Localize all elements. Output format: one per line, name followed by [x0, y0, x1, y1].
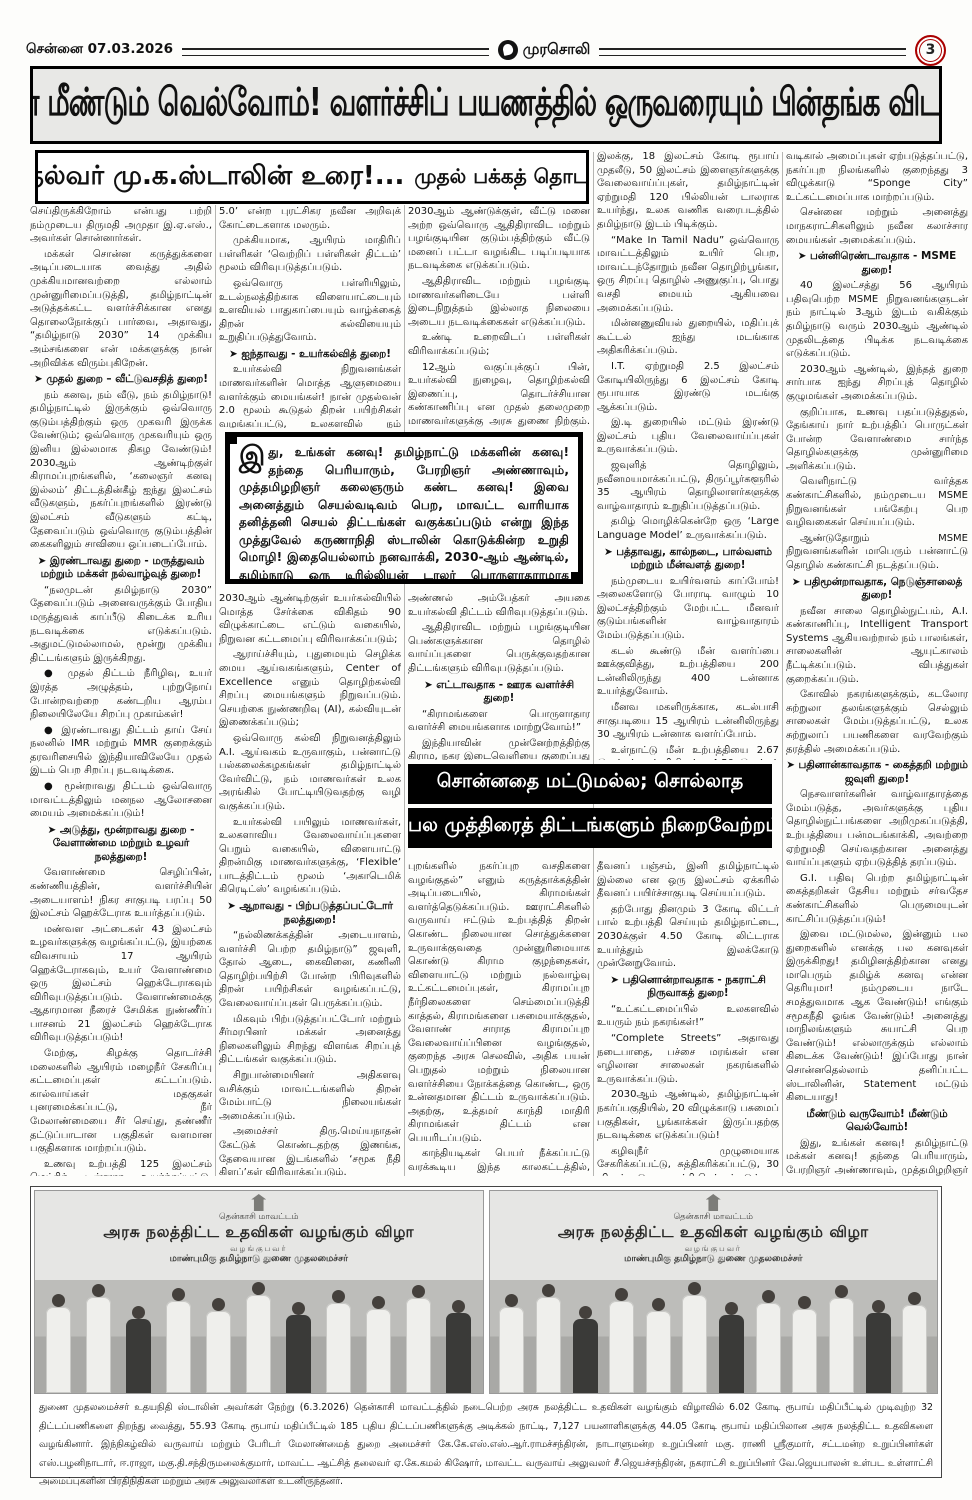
- paragraph: “Complete Streets” அதாவது நடைபாதை, பச்சை…: [597, 1032, 779, 1086]
- person-figure: [166, 1301, 191, 1393]
- person-figure: [536, 1297, 561, 1393]
- person-figure: [719, 1315, 744, 1393]
- paragraph: தீவனப் பஞ்சம், இனி தமிழ்நாட்டில் இல்லை எ…: [597, 860, 779, 901]
- paragraph: செய்திருக்கிறோம் என்பது பற்றி நம்முடைய த…: [30, 205, 212, 246]
- section-heading: மீண்டும் வருவோம்! மீண்டும் வெல்வோம்!: [786, 1108, 968, 1135]
- paragraph: குறிப்பாக, உணவு பதப்படுத்துதல், தேங்காய்…: [786, 406, 968, 474]
- masthead-rule-right: [599, 48, 906, 56]
- paragraph: இது, உங்கள் கனவு! தமிழ்நாட்டு மக்கள் கனவ…: [786, 1137, 968, 1176]
- photo-event-title: அரசு நலத்திட்ட உதவிகள் வழங்கும் விழா: [490, 1223, 938, 1243]
- bullet-paragraph: ● இரண்டாவது திட்டம் தாய் சேய் நலனில் IMR…: [30, 724, 212, 778]
- photo-banner: தென்காசி மாவட்டம் அரசு நலத்திட்ட உதவிகள்…: [490, 1193, 938, 1265]
- photo-district-label: தென்காசி மாவட்டம்: [35, 1212, 483, 1223]
- paragraph: புறங்களில் நகர்ப்புற வசதிகளை வழங்குதல்” …: [408, 860, 590, 1145]
- banner-headline-box: நாங்கள்தான் மீண்டும் வெல்வோம்! வளர்ச்சிப…: [30, 66, 942, 144]
- paragraph: ஆண்டுதோறும் MSME நிறுவனங்களின் மாபெரும் …: [786, 532, 968, 573]
- paragraph: நவீன சாலை தொழில்நுட்பம், A.I. கண்காணிப்ப…: [786, 605, 968, 687]
- edition-city-date: சென்னை 07.03.2026: [26, 41, 173, 59]
- drop-cap: இ: [239, 444, 268, 470]
- black-highlight-box: சொன்னதை மட்டுமல்ல; சொல்லாத பல முத்திரைத்…: [408, 764, 772, 854]
- paragraph: 12ஆம் வகுப்புக்குப் பின், உயர்கல்வி நுழை…: [408, 361, 590, 428]
- paragraph: தமிழ் மொழிக்கென்றே ஒரு ‘Large Language M…: [597, 515, 779, 542]
- paragraph: மண்வள அட்டைகள் 43 இலட்சம் உழவர்களுக்கு வ…: [30, 923, 212, 1045]
- paragraph: முக்கியமாக, ஆயிரம் மாதிரிப் பள்ளிகள் ‘வெ…: [219, 234, 401, 275]
- paragraph: தற்போது தினமும் 3 கோடி லிட்டர் பால் உற்ப…: [597, 903, 779, 971]
- person-figure: [286, 1315, 311, 1393]
- person-figure: [246, 1295, 271, 1393]
- murasoli-logo-icon: [498, 40, 518, 60]
- paragraph: ஆராய்ச்சியும், புதுமையும் செழிக்க மைய ஆய…: [219, 648, 401, 730]
- person-figure: [902, 1305, 927, 1393]
- section-heading: ➤ இரண்டாவது துறை - மருத்துவம் மற்றும் மக…: [30, 555, 212, 582]
- people-row: [490, 1267, 938, 1393]
- paragraph: “கிராமங்களை பொருளாதார வளர்ச்சி மையங்களாக…: [408, 708, 590, 735]
- paragraph: கடல் கூண்டு மீன் வளர்ப்பை ஊக்குவித்து, உ…: [597, 645, 779, 699]
- column-rule: [782, 152, 783, 1176]
- photo-event-title: அரசு நலத்திட்ட உதவிகள் வழங்கும் விழா: [35, 1223, 483, 1243]
- section-heading: ➤ பத்தாவது, கால்நடை, பால்வளம் மற்றும் மீ…: [597, 546, 779, 573]
- paragraph: உயர்கல்வி நிறுவனங்கள் மாணவர்களின் மொத்த …: [219, 363, 401, 428]
- paragraph: 2030ஆம் ஆண்டுக்குள், வீட்டு மனை அற்ற ஒவ்…: [408, 205, 590, 273]
- masthead: சென்னை 07.03.2026 முரசொலி 3: [26, 36, 946, 64]
- section-heading: ➤ எட்டாவதாக - ஊரக வளர்ச்சி துறை!: [408, 679, 590, 706]
- section-heading: ➤ ஆறாவது - பிற்படுத்தப்பட்டோர் நலத்துறை!: [219, 900, 401, 927]
- paragraph: மிகவும் பிற்படுத்தப்பட்டோர் மற்றும் சீர்…: [219, 1013, 401, 1067]
- ceremony-photo-left: தென்காசி மாவட்டம் அரசு நலத்திட்ட உதவிகள்…: [34, 1190, 484, 1394]
- ceremony-photo-right: தென்காசி மாவட்டம் அரசு நலத்திட்ட உதவிகள்…: [489, 1190, 939, 1394]
- paragraph: மின்னணுவியல் துறையில், மதிப்புக் கூட்டல்…: [597, 317, 779, 358]
- section-heading: ➤ முதல் துறை – வீட்டுவசதித் துறை!: [30, 373, 212, 387]
- person-figure: [609, 1301, 634, 1393]
- section-heading: ➤ ஐந்தாவது - உயர்கல்வித் துறை!: [219, 348, 401, 362]
- section-heading: ➤ பன்னிரெண்டாவதாக - MSME துறை!: [786, 250, 968, 277]
- subhead-continuation: முதல் பக்கத் தொடர்ச்சி: [414, 164, 589, 191]
- person-figure: [406, 1298, 431, 1393]
- person-figure: [573, 1319, 598, 1393]
- paragraph: அண்ணல் அம்பேத்கர் அயகை உயர்கல்வி திட்டம்…: [408, 592, 590, 619]
- paragraph: “நல்லிணக்கத்தின் அடையாளம், வளர்ச்சி பெற்…: [219, 929, 401, 1011]
- paragraph: நெசவாளர்களின் வாழ்வாதாரத்தை மேம்படுத்த, …: [786, 788, 968, 870]
- paragraph: உணவு உற்பத்தி 125 இலட்சம் மெட்ரிக் டன்னா…: [30, 1158, 212, 1176]
- paragraph: “Make In Tamil Nadu” ஒவ்வொரு மாவட்டத்தில…: [597, 234, 779, 316]
- paragraph: ஜவுளித் தொழிலும், நவீனமயமாக்கப்பட்டு, தி…: [597, 459, 779, 513]
- photo-presenter: மாண்புமிகு தமிழ்நாடு துணை முதலமைச்சர்: [35, 1254, 483, 1265]
- person-figure: [829, 1298, 854, 1393]
- article-column-3-bottom: புறங்களில் நகர்ப்புற வசதிகளை வழங்குதல்” …: [408, 860, 590, 1176]
- column-rule: [593, 152, 594, 1176]
- person-figure: [866, 1313, 891, 1393]
- paragraph: இந்தியாவின் முன்னேற்றத்திற்கு கிராம, நகர…: [408, 737, 590, 760]
- photo-district-label: தென்காசி மாவட்டம்: [490, 1212, 938, 1223]
- paragraph: நம்முடைய உயிர்வளம் காப்போம்! அலைகளோடு போ…: [597, 575, 779, 643]
- paragraph: 2030ஆம் ஆண்டிற்குள் உயர்கல்வியில் மொத்த …: [219, 592, 401, 646]
- paragraph: உண்டி உறைவிடப் பள்ளிகள் விரிவாக்கப்படும்…: [408, 331, 590, 358]
- article-column-2-top: 5.0’ என்ற புரட்சிகர நவீன அறிவுக் கோட்டைக…: [219, 205, 401, 428]
- black-box-line-2: பல முத்திரைத் திட்டங்களும் நிறைவேற்றம்!: [408, 808, 772, 848]
- photo-row: தென்காசி மாவட்டம் அரசு நலத்திட்ட உதவிகள்…: [34, 1190, 938, 1394]
- article-column-4-bottom: தீவனப் பஞ்சம், இனி தமிழ்நாட்டில் இல்லை எ…: [597, 860, 779, 1176]
- paragraph: சென்னை மற்றும் அனைத்து மாநகராட்சிகளிலும்…: [786, 206, 968, 247]
- masthead-rule-left: [182, 48, 489, 56]
- paragraph: மேற்கு, கிழக்கு தொடர்ச்சி மலைகளில் ஆயிரம…: [30, 1047, 212, 1156]
- pledge-quote-text: து, உங்கள் கனவு! தமிழ்நாட்டு மக்களின் கன…: [239, 445, 569, 584]
- tn-govt-emblem-icon: [706, 1194, 721, 1211]
- bullet-paragraph: ● முதல் திட்டம் நீரிழிவு, உயர் இரத்த அழு…: [30, 667, 212, 721]
- paragraph: உள்நாட்டு மீன் உற்பத்தியை 2.67 இலட்சம் ட…: [597, 744, 779, 760]
- column-rule: [404, 205, 405, 1176]
- article-column-5: வடிகால் அமைப்புகள் ஏற்படுத்தப்பட்டு, நகர…: [786, 150, 968, 1176]
- section-heading: ➤ பதிமூன்றாவதாக, நெடுஞ்சாலைத் துறை!: [786, 576, 968, 603]
- subhead-box: முதல்வர் மு.க.ஸ்டாலின் உரை!... முதல் பக்…: [35, 150, 589, 204]
- paragraph: I.T. ஏற்றுமதி 2.5 இலட்சம் கோடியிலிருந்து…: [597, 360, 779, 414]
- person-figure: [326, 1303, 351, 1393]
- article-column-3-top: 2030ஆம் ஆண்டுக்குள், வீட்டு மனை அற்ற ஒவ்…: [408, 205, 590, 428]
- article-column-2-bottom: 2030ஆம் ஆண்டிற்குள் உயர்கல்வியில் மொத்த …: [219, 592, 401, 1176]
- photo-block: தென்காசி மாவட்டம் அரசு நலத்திட்ட உதவிகள்…: [30, 1186, 942, 1478]
- paragraph: ஒவ்வொரு கல்வி நிறுவனத்திலும் A.I. ஆய்வகம…: [219, 732, 401, 814]
- paragraph: வெளிநாட்டு வர்த்தக கண்காட்சிகளில், நம்மு…: [786, 475, 968, 529]
- tn-govt-emblem-icon: [251, 1194, 266, 1211]
- paragraph: நம் கனவு, நம் வீடு, நம் தமிழ்நாடு! தமிழ்…: [30, 389, 212, 552]
- paragraph: வடிகால் அமைப்புகள் ஏற்படுத்தப்பட்டு, நகர…: [786, 150, 968, 204]
- paragraph: ஆதிதிராவிட மற்றும் பழங்குடியின பெண்களுக்…: [408, 621, 590, 675]
- paper-name: முரசொலி: [523, 40, 591, 60]
- person-figure: [366, 1309, 391, 1393]
- paragraph: காந்தியடிகள் பெயர் நீக்கப்பட்டு வரக்கூடி…: [408, 1147, 590, 1176]
- paragraph: 2030ஆம் ஆண்டில், தமிழ்நாட்டின் நகர்ப்பகு…: [597, 1088, 779, 1142]
- person-figure: [646, 1311, 671, 1393]
- section-heading: ➤ அடுத்து, மூன்றாவது துறை - வேளாண்மை மற்…: [30, 824, 212, 865]
- paragraph: அமைச்சர் திரு.மெய்யநாதன் கேட்டுக் கொண்டத…: [219, 1125, 401, 1176]
- paragraph: இலக்கு, 18 இலட்சம் கோடி ரூபாய் முதலீடு, …: [597, 150, 779, 232]
- paragraph: கழிவுநீர் முழுமையாக சேகரிக்கப்பட்டு, சுத…: [597, 1145, 779, 1176]
- photo-banner: தென்காசி மாவட்டம் அரசு நலத்திட்ட உதவிகள்…: [35, 1193, 483, 1265]
- bullet-paragraph: ● மூன்றாவது திட்டம் ஒவ்வொரு மாவட்டத்திலு…: [30, 780, 212, 821]
- person-figure: [682, 1295, 707, 1393]
- paragraph: கோவில் நகரங்களுக்கும், கடலோர சுற்றுலா தல…: [786, 688, 968, 756]
- paragraph: சிறுபான்மையினர் அதிகளவு வசிக்கும் மாவட்ட…: [219, 1069, 401, 1123]
- paragraph: G.I. பதிவு பெற்ற தமிழ்நாட்டின் கைத்தறிகள…: [786, 872, 968, 926]
- paper-nameplate: முரசொலி: [498, 40, 591, 60]
- paragraph: உயர்கல்வி பயிலும் மாணவர்கள், உலகளாவிய வே…: [219, 816, 401, 898]
- black-box-line-1: சொன்னதை மட்டுமல்ல; சொல்லாத: [408, 764, 772, 804]
- paragraph: வேளாண்மை செழிப்பின், கண்ணியத்தின், வளர்ச…: [30, 866, 212, 920]
- person-figure: [446, 1313, 471, 1393]
- paragraph: 40 இலட்சத்து 56 ஆயிரம் பதிவுபெற்ற MSME ந…: [786, 279, 968, 361]
- paragraph: ஒவ்வொரு பள்ளியிலும், உடல்நலத்திற்காக விள…: [219, 277, 401, 345]
- photo-presenter-label: வழங்குபவர்: [35, 1244, 483, 1254]
- section-heading: ➤ பதினொன்றாவதாக - நகராட்சி நிருவாகத் துற…: [597, 974, 779, 1001]
- person-figure: [126, 1319, 151, 1393]
- photo-presenter-label: வழங்குபவர்: [490, 1244, 938, 1254]
- paragraph: இவை மட்டுமல்ல, இன்னும் பல துறைகளில் எனக்…: [786, 928, 968, 1105]
- person-figure: [792, 1309, 817, 1393]
- paragraph: “நலமுடன் தமிழ்நாடு 2030” தேவைப்படும் அனை…: [30, 584, 212, 666]
- paragraph: 5.0’ என்ற புரட்சிகர நவீன அறிவுக் கோட்டைக…: [219, 205, 401, 232]
- person-figure: [499, 1307, 524, 1393]
- banner-headline: நாங்கள்தான் மீண்டும் வெல்வோம்! வளர்ச்சிப…: [30, 80, 942, 130]
- photo-caption: துணை முதலமைச்சர் உதயநிதி ஸ்டாலின் அவர்கள…: [34, 1399, 938, 1492]
- subhead-main: முதல்வர் மு.க.ஸ்டாலின் உரை!...: [35, 161, 404, 194]
- newspaper-page: சென்னை 07.03.2026 முரசொலி 3 நாங்கள்தான் …: [0, 0, 972, 1500]
- paragraph: “உட்கட்டமைப்பில் உலகளவில் உயரும் நம் நகர…: [597, 1003, 779, 1030]
- paragraph: மீனவ மகளிருக்காக, கடல்பாசி சாகுபடியை 15 …: [597, 701, 779, 742]
- people-row: [35, 1267, 483, 1393]
- article-column-1: செய்திருக்கிறோம் என்பது பற்றி நம்முடைய த…: [30, 205, 212, 1176]
- pledge-quote-box: இது, உங்கள் கனவு! தமிழ்நாட்டு மக்களின் க…: [225, 432, 583, 584]
- person-figure: [86, 1297, 111, 1393]
- article-column-3-middle: அண்ணல் அம்பேத்கர் அயகை உயர்கல்வி திட்டம்…: [408, 592, 590, 760]
- page-number-badge: 3: [915, 35, 946, 66]
- article-column-4-top: இலக்கு, 18 இலட்சம் கோடி ரூபாய் முதலீடு, …: [597, 150, 779, 760]
- person-figure: [756, 1303, 781, 1393]
- paragraph: இ.டி துறையில் மட்டும் இரண்டு இலட்சம் புத…: [597, 416, 779, 457]
- person-figure: [206, 1311, 231, 1393]
- paragraph: ஆதிதிராவிட மற்றும் பழங்குடி மாணவர்களிடைய…: [408, 275, 590, 329]
- paragraph: மக்கள் சொன்ன கருத்துக்களை அடிப்படையாக வை…: [30, 248, 212, 370]
- column-rule: [215, 205, 216, 1176]
- paragraph: 2030ஆம் ஆண்டில், இந்தத் துறை சார்பாக ஐந்…: [786, 363, 968, 404]
- photo-presenter: மாண்புமிகு தமிழ்நாடு துணை முதலமைச்சர்: [490, 1254, 938, 1265]
- section-heading: ➤ பதினான்காவதாக - கைத்தறி மற்றும் ஜவுளி …: [786, 759, 968, 786]
- person-figure: [46, 1307, 71, 1393]
